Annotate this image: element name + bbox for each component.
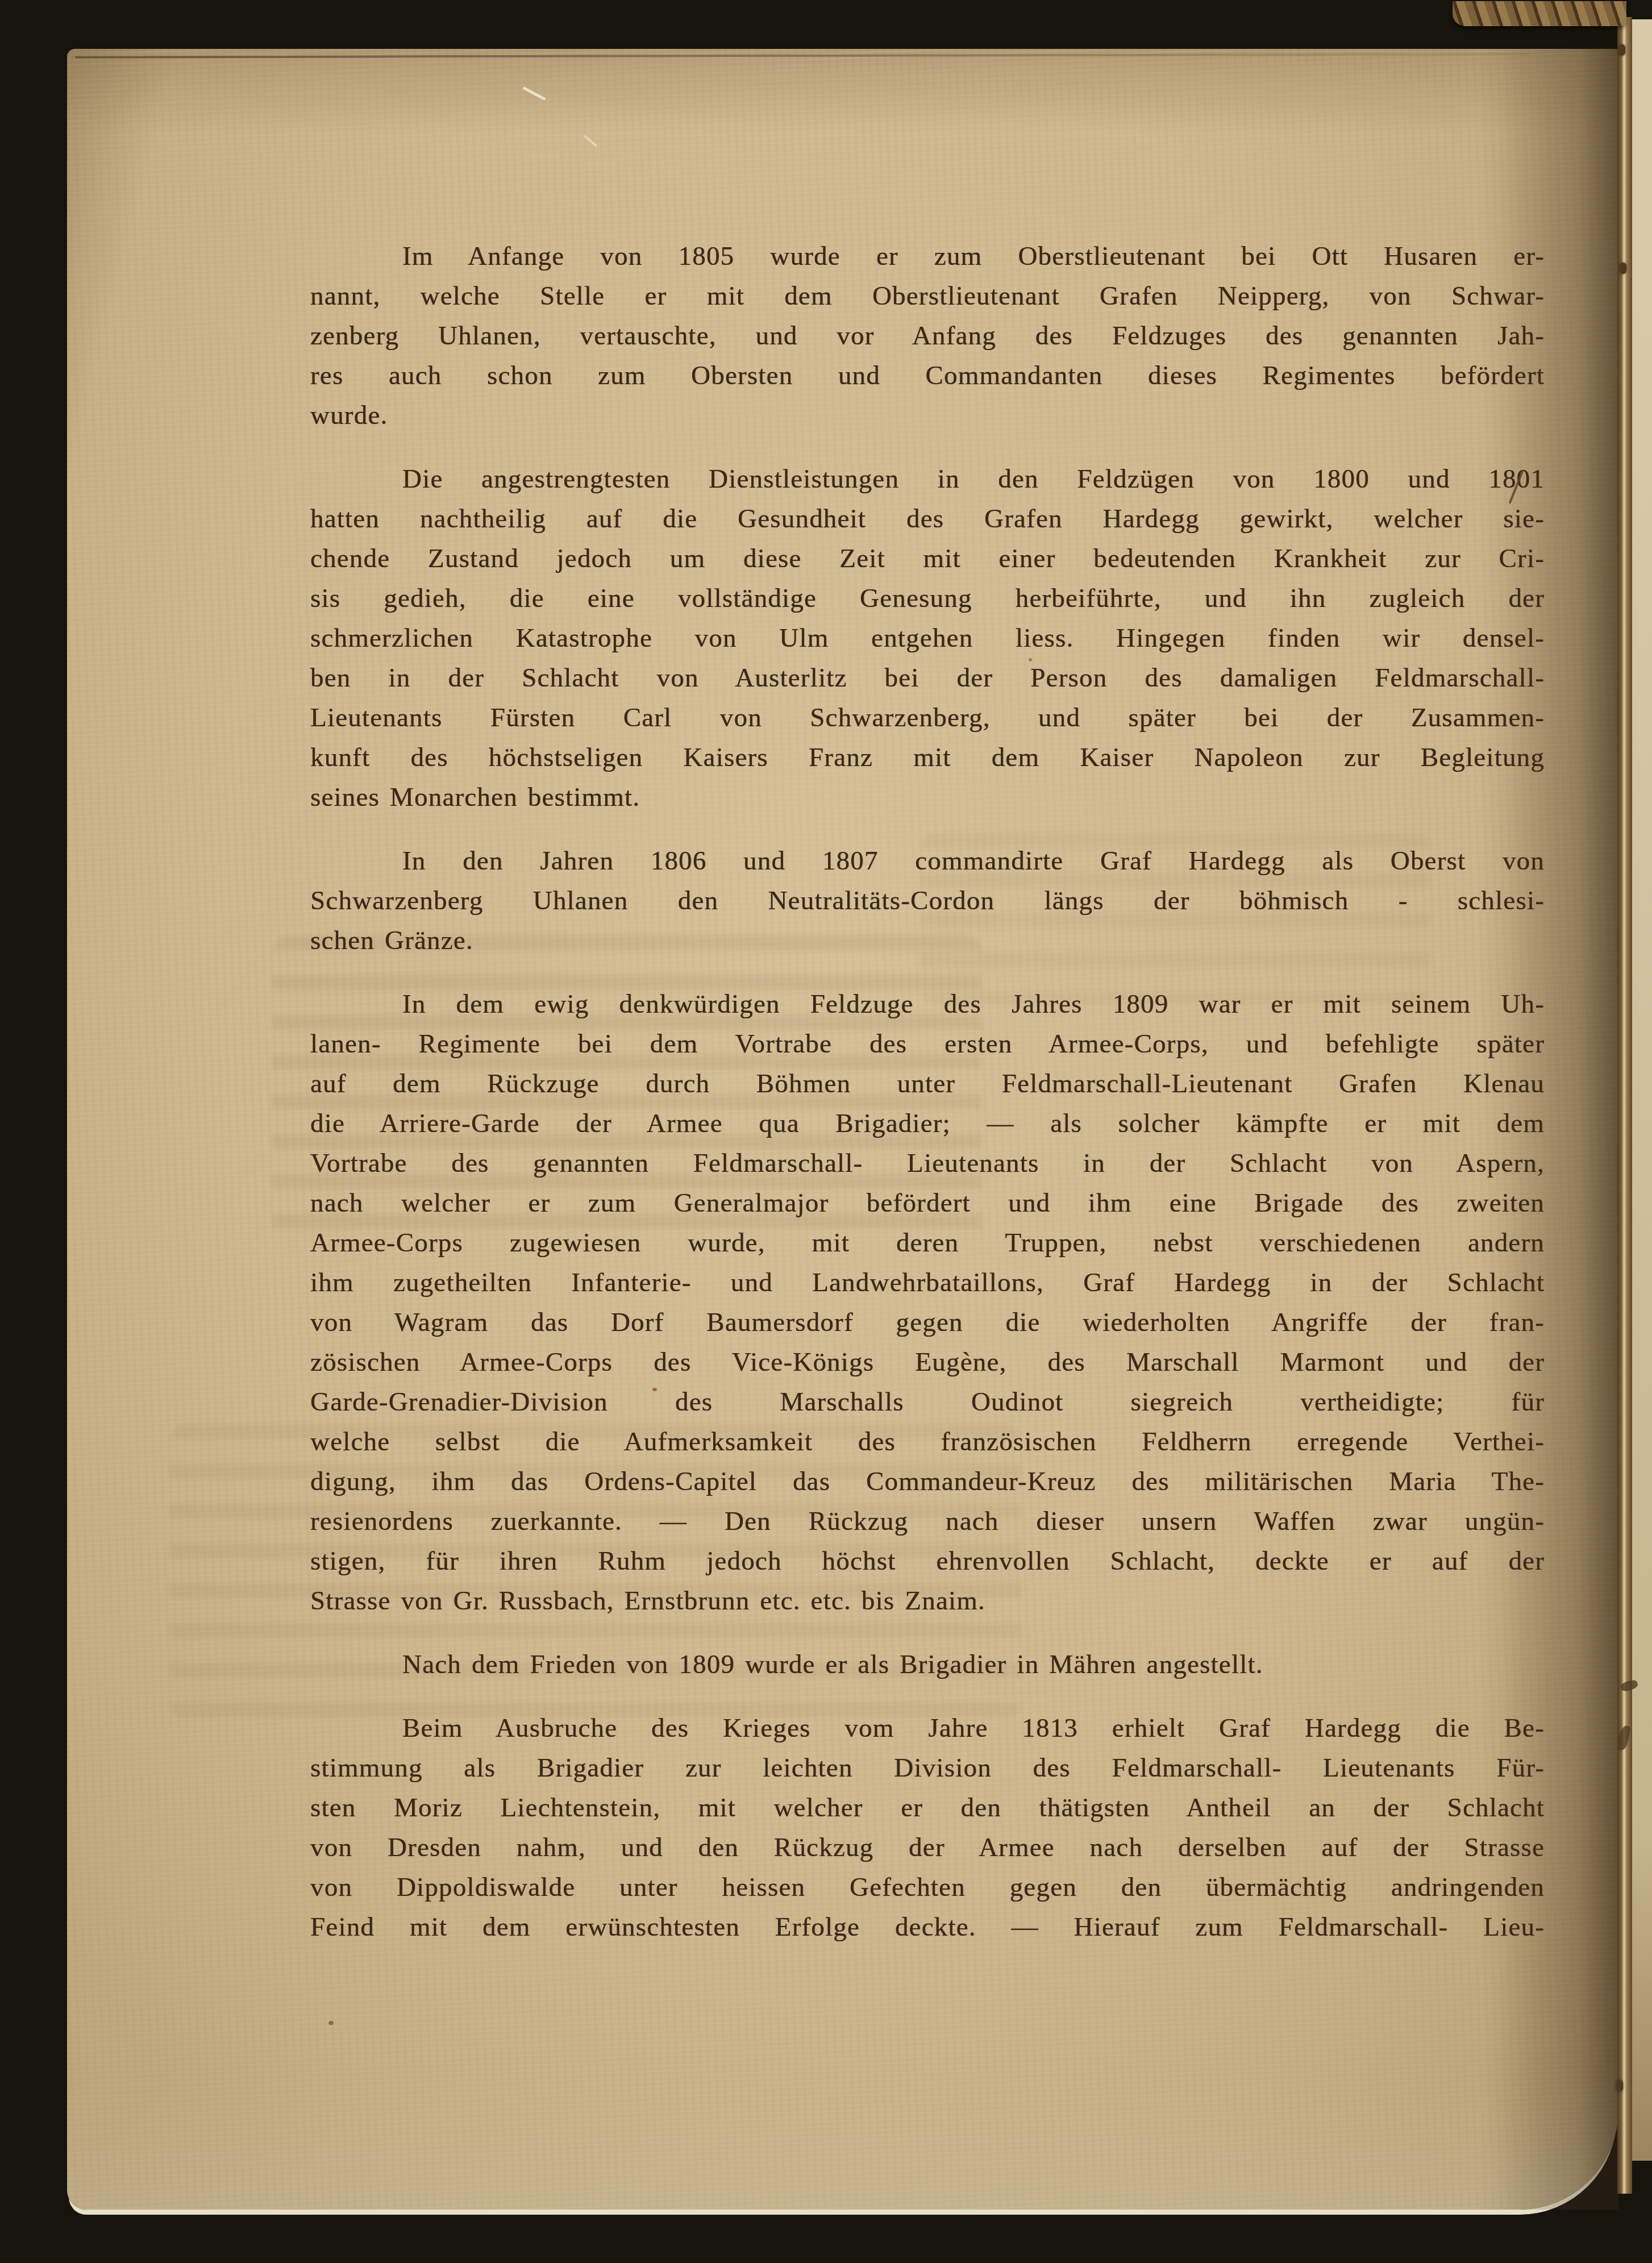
paper-speck xyxy=(488,1924,492,1928)
text-line: In dem ewig denkwürdigen Feldzuge des Ja… xyxy=(310,984,1545,1024)
text-line: nach welcher er zum Generalmajor beförde… xyxy=(310,1183,1545,1223)
text-line: die Arriere-Garde der Armee qua Brigadie… xyxy=(310,1104,1545,1143)
text-line: sis gedieh, die eine vollständige Genesu… xyxy=(310,579,1545,618)
text-line: von Dresden nahm, und den Rückzug der Ar… xyxy=(310,1828,1545,1867)
text-line: seines Monarchen bestimmt. xyxy=(310,777,1545,817)
text-line: wurde. xyxy=(310,396,1545,435)
scanned-book-photo: { "document": { "language": "de", "type"… xyxy=(0,0,1652,2263)
text-line: Strasse von Gr. Russbach, Ernstbrunn etc… xyxy=(310,1581,1545,1621)
text-line: stigen, für ihren Ruhm jedoch höchst ehr… xyxy=(310,1541,1545,1581)
text-line: zösischen Armee-Corps des Vice-Königs Eu… xyxy=(310,1342,1545,1382)
paragraph: In dem ewig denkwürdigen Feldzuge des Ja… xyxy=(310,984,1545,1621)
text-line: res auch schon zum Obersten und Commanda… xyxy=(310,356,1545,396)
binding-crease xyxy=(1617,17,1632,2194)
text-block: Im Anfange von 1805 wurde er zum Oberstl… xyxy=(310,236,1545,1947)
gutter-shadow xyxy=(1478,49,1618,2210)
paragraph: In den Jahren 1806 und 1807 commandirte … xyxy=(310,841,1545,960)
text-line: von Dippoldiswalde unter heissen Gefecht… xyxy=(310,1867,1545,1907)
binding-stitch xyxy=(1453,1,1626,26)
paragraph: Beim Ausbruche des Krieges vom Jahre 181… xyxy=(310,1708,1545,1947)
text-line: nannt, welche Stelle er mit dem Oberstli… xyxy=(310,276,1545,316)
text-line: Die angestrengtesten Dienstleistungen in… xyxy=(310,459,1545,499)
text-line: chende Zustand jedoch um diese Zeit mit … xyxy=(310,539,1545,579)
text-line: digung, ihm das Ordens-Capitel das Comma… xyxy=(310,1462,1545,1501)
text-line: resienordens zuerkannte. — Den Rückzug n… xyxy=(310,1501,1545,1541)
text-line: sten Moriz Liechtenstein, mit welcher er… xyxy=(310,1788,1545,1828)
paragraph: Nach dem Frieden von 1809 wurde er als B… xyxy=(310,1645,1545,1684)
text-line: Beim Ausbruche des Krieges vom Jahre 181… xyxy=(310,1708,1545,1748)
text-line: lanen- Regimente bei dem Vortrabe des er… xyxy=(310,1024,1545,1064)
text-line: kunft des höchstseligen Kaisers Franz mi… xyxy=(310,738,1545,777)
text-line: ihm zugetheilten Infanterie- und Landweh… xyxy=(310,1263,1545,1303)
stitch-knot xyxy=(1618,44,1625,56)
text-line: schen Gränze. xyxy=(310,921,1545,960)
text-line: ben in der Schlacht von Austerlitz bei d… xyxy=(310,658,1545,698)
text-line: von Wagram das Dorf Baumersdorf gegen di… xyxy=(310,1303,1545,1342)
paper-speck xyxy=(1029,658,1032,662)
text-line: Schwarzenberg Uhlanen den Neutralitäts-C… xyxy=(310,881,1545,921)
text-line: auf dem Rückzuge durch Böhmen unter Feld… xyxy=(310,1064,1545,1104)
paragraph: Im Anfange von 1805 wurde er zum Oberstl… xyxy=(310,236,1545,435)
stitch-knot xyxy=(1620,263,1626,274)
text-line: hatten nachtheilig auf die Gesundheit de… xyxy=(310,499,1545,539)
text-line: In den Jahren 1806 und 1807 commandirte … xyxy=(310,841,1545,881)
text-line: Feind mit dem erwünschtesten Erfolge dec… xyxy=(310,1907,1545,1947)
text-line: Lieutenants Fürsten Carl von Schwarzenbe… xyxy=(310,698,1545,738)
paragraph: Die angestrengtesten Dienstleistungen in… xyxy=(310,459,1545,817)
text-line: stimmung als Brigadier zur leichten Divi… xyxy=(310,1748,1545,1788)
paper-speck xyxy=(652,1388,657,1391)
text-line: Vortrabe des genannten Feldmarschall- Li… xyxy=(310,1143,1545,1183)
text-line: welche selbst die Aufmerksamkeit des fra… xyxy=(310,1422,1545,1462)
text-line: Garde-Grenadier-Division des Marschalls … xyxy=(310,1382,1545,1422)
adjacent-page-sliver xyxy=(1632,19,1652,2161)
text-line: schmerzlichen Katastrophe von Ulm entgeh… xyxy=(310,618,1545,658)
text-line: Nach dem Frieden von 1809 wurde er als B… xyxy=(310,1645,1545,1684)
paper-speck xyxy=(328,2021,334,2025)
text-line: zenberg Uhlanen, vertauschte, und vor An… xyxy=(310,316,1545,356)
book-page: Im Anfange von 1805 wurde er zum Oberstl… xyxy=(67,49,1618,2210)
stitch-knot xyxy=(1616,2080,1623,2091)
text-line: Im Anfange von 1805 wurde er zum Oberstl… xyxy=(310,236,1545,276)
text-line: Armee-Corps zugewiesen wurde, mit deren … xyxy=(310,1223,1545,1263)
